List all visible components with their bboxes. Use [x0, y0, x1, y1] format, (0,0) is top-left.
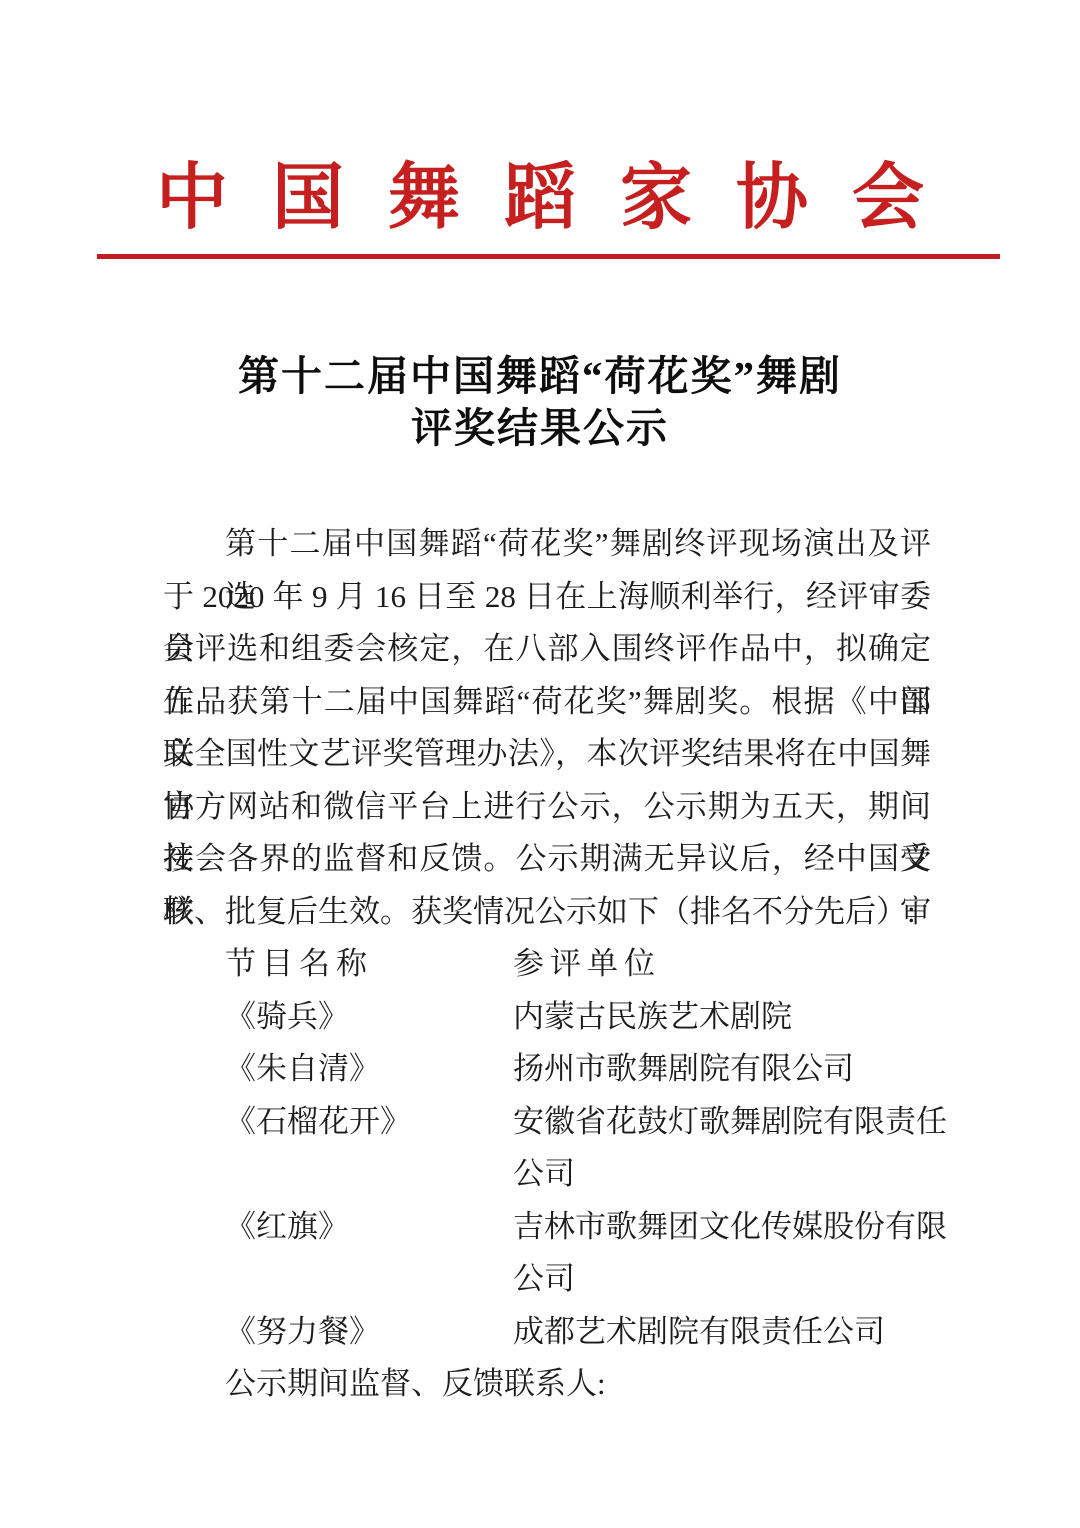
participating-unit-line: 吉林市歌舞团文化传媒股份有限 [513, 1201, 947, 1254]
participating-unit-line: 扬州市歌舞剧院有限公司 [513, 1043, 935, 1096]
contact-label: 公示期间监督、反馈联系人: [225, 1358, 606, 1411]
table-row: 《努力餐》成都艺术剧院有限责任公司 [225, 1306, 935, 1359]
program-title: 《石榴花开》 [225, 1096, 513, 1201]
table-row: 《朱自清》扬州市歌舞剧院有限公司 [225, 1043, 935, 1096]
document-title: 第十二届中国舞蹈“荷花奖”舞剧 评奖结果公示 [0, 350, 1080, 454]
table-row: 《石榴花开》安徽省花鼓灯歌舞剧院有限责任公司 [225, 1096, 935, 1201]
participating-unit-line: 内蒙古民族艺术剧院 [513, 991, 935, 1044]
program-title: 《朱自清》 [225, 1043, 513, 1096]
program-title: 《努力餐》 [225, 1306, 513, 1359]
participating-unit: 扬州市歌舞剧院有限公司 [513, 1043, 935, 1096]
participating-unit-line: 成都艺术剧院有限责任公司 [513, 1306, 935, 1359]
body-line: 社会各界的监督和反馈。公示期满无异议后，经中国文联审 [163, 833, 931, 886]
program-title: 《红旗》 [225, 1201, 513, 1306]
body-line: 会评选和组委会核定，在八部入围终评作品中，拟确定五部 [163, 623, 931, 676]
unit-column-header: 参评单位 [513, 938, 935, 991]
body-line: 联全国性文艺评奖管理办法》，本次评奖结果将在中国舞协 [163, 728, 931, 781]
program-title: 《骑兵》 [225, 991, 513, 1044]
body-line: 官方网站和微信平台上进行公示，公示期为五天，期间接受 [163, 781, 931, 834]
body-line: 于 2020 年 9 月 16 日至 28 日在上海顺利举行，经评审委员 [163, 571, 931, 624]
awards-table: 节目名称 参评单位 《骑兵》内蒙古民族艺术剧院《朱自清》扬州市歌舞剧院有限公司《… [225, 938, 935, 1358]
participating-unit-line: 安徽省花鼓灯歌舞剧院有限责任 [513, 1096, 947, 1149]
program-name-column-header: 节目名称 [225, 938, 513, 991]
announcement-body: 第十二届中国舞蹈“荷花奖”舞剧终评现场演出及评选于 2020 年 9 月 16 … [163, 518, 931, 938]
participating-unit: 吉林市歌舞团文化传媒股份有限公司 [513, 1201, 947, 1306]
participating-unit-line: 公司 [513, 1148, 947, 1201]
participating-unit: 内蒙古民族艺术剧院 [513, 991, 935, 1044]
document-title-line2: 评奖结果公示 [0, 402, 1080, 454]
official-document-page: 中国舞蹈家协会 第十二届中国舞蹈“荷花奖”舞剧 评奖结果公示 第十二届中国舞蹈“… [0, 0, 1080, 1528]
body-line: 核、批复后生效。获奖情况公示如下（排名不分先后）: [163, 886, 931, 939]
letterhead-org-name: 中国舞蹈家协会 [0, 160, 1080, 236]
participating-unit: 成都艺术剧院有限责任公司 [513, 1306, 935, 1359]
body-line: 作品获第十二届中国舞蹈“荷花奖”舞剧奖。根据《中国文 [163, 676, 931, 729]
participating-unit: 安徽省花鼓灯歌舞剧院有限责任公司 [513, 1096, 947, 1201]
awards-table-header: 节目名称 参评单位 [225, 938, 935, 991]
participating-unit-line: 公司 [513, 1253, 947, 1306]
letterhead-rule [97, 254, 1000, 259]
table-row: 《红旗》吉林市歌舞团文化传媒股份有限公司 [225, 1201, 935, 1306]
table-row: 《骑兵》内蒙古民族艺术剧院 [225, 991, 935, 1044]
document-title-line1: 第十二届中国舞蹈“荷花奖”舞剧 [0, 350, 1080, 402]
body-line: 第十二届中国舞蹈“荷花奖”舞剧终评现场演出及评选 [163, 518, 931, 571]
